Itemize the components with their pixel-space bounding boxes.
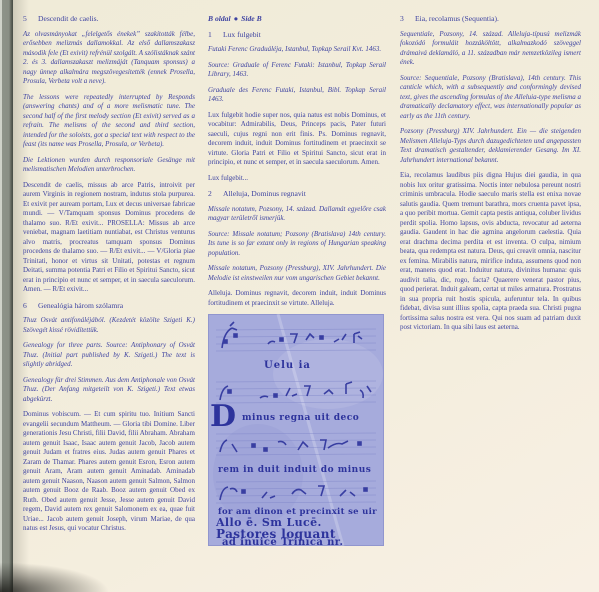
entry-heading-6: 6Genealógia három szólamra — [23, 301, 195, 311]
entry-title: Genealógia három szólamra — [38, 301, 123, 310]
side-label-english: Side B — [241, 14, 261, 23]
paragraph-item1-refrain: Lux fulgebit... — [208, 174, 386, 184]
side-label-hungarian: B oldal — [208, 14, 231, 23]
column-right: 3Eia, recolamus (Sequentia). Sequentiale… — [400, 14, 581, 339]
side-b-label: B oldal●Side B — [208, 14, 386, 24]
paragraph-item3-german: Pozsony (Pressburg) XIV. Jahrhundert. Ei… — [400, 127, 581, 165]
bullet-separator: ● — [231, 14, 242, 23]
paragraph-item2-english: Source: Missale notatum; Pozsony (Bratis… — [208, 230, 386, 259]
manuscript-facsimile-image: Uelu ia D minus regna uit deco rem in du… — [208, 314, 384, 546]
manuscript-text-line-7: ad inuicē Trinīca nr. — [222, 537, 343, 546]
entry-title: Alleluja, Dominus regnavit — [223, 189, 306, 198]
paragraph-item5-english: The lessons were repeatedly interrupted … — [23, 93, 195, 150]
entry-number: 3 — [400, 14, 415, 24]
paragraph-item1-latin: Lux fulgebit hodie super nos, quia natus… — [208, 111, 386, 168]
paragraph-item1-german: Graduale des Ferenc Futaki, Istanbul, Bi… — [208, 86, 386, 105]
entry-title: Descendit de caelis. — [38, 14, 99, 23]
manuscript-text-line-1: Uelu ia — [264, 360, 311, 371]
paragraph-item2-hungarian: Missale notatum, Pozsony, 14. század. Da… — [208, 205, 386, 224]
paragraph-item6-latin: Dominus vobiscum. — Et cum spiritu tuo. … — [23, 410, 195, 534]
paragraph-item1-english: Source: Graduale of Ferenc Futaki: Istan… — [208, 61, 386, 80]
paragraph-item2-latin: Alleluja. Dominus regnavit, decorem indu… — [208, 289, 386, 308]
column-middle: B oldal●Side B 1Lux fulgebit Futaki Fere… — [208, 14, 386, 546]
entry-number: 5 — [23, 14, 38, 24]
entry-title: Lux fulgebit — [223, 30, 261, 39]
entry-number: 6 — [23, 301, 38, 311]
liner-notes-page: { "page": { "paper_color": "#f2edda", "t… — [0, 0, 599, 592]
manuscript-initial-d: D — [210, 399, 236, 434]
paragraph-item5-latin: Descendit de caelis, missus ab arce Patr… — [23, 181, 195, 295]
manuscript-text-line-2: minus regna uit deco — [242, 413, 359, 423]
paragraph-item5-hungarian: Az olvasmányokat „felelgetős énekek” sza… — [23, 30, 195, 87]
bottom-left-shadow — [0, 562, 110, 592]
paragraph-item6-english: Genealogy for three parts. Source: Antip… — [23, 341, 195, 370]
sleeve-spine-edge — [0, 0, 13, 592]
paragraph-item6-german: Genealogy für drei Stimmen. Aus dem Anti… — [23, 376, 195, 405]
entry-heading-3: 3Eia, recolamus (Sequentia). — [400, 14, 581, 24]
paragraph-item3-latin: Eia, recolamus laudibus piis digna Hujus… — [400, 171, 581, 333]
paragraph-item3-hungarian: Sequentiale, Pozsony, 14. század. Allelu… — [400, 30, 581, 68]
entry-title: Eia, recolamus (Sequentia). — [415, 14, 499, 23]
paragraph-item2-german: Missale notatum, Pozsony (Pressburg), XI… — [208, 264, 386, 283]
paragraph-item1-hungarian: Futaki Ferenc Graduáléja, Istanbul, Topk… — [208, 45, 386, 55]
entry-number: 2 — [208, 189, 223, 199]
paragraph-item6-hungarian: Thuz Osvát antifonáléjából. (Kezdetét kö… — [23, 316, 195, 335]
entry-heading-1: 1Lux fulgebit — [208, 30, 386, 40]
entry-heading-2: 2Alleluja, Dominus regnavit — [208, 189, 386, 199]
manuscript-facsimile: Uelu ia D minus regna uit deco rem in du… — [208, 314, 386, 546]
manuscript-text-line-3: rem in duit induit do minus — [218, 465, 371, 475]
entry-number: 1 — [208, 30, 223, 40]
column-left: 5Descendit de caelis. Az olvasmányokat „… — [23, 14, 195, 540]
paragraph-item5-german: Die Lektionen wurden durch responsoriale… — [23, 156, 195, 175]
paragraph-item3-english: Source: Sequentiale, Pozsony (Bratislava… — [400, 74, 581, 122]
entry-heading-5: 5Descendit de caelis. — [23, 14, 195, 24]
